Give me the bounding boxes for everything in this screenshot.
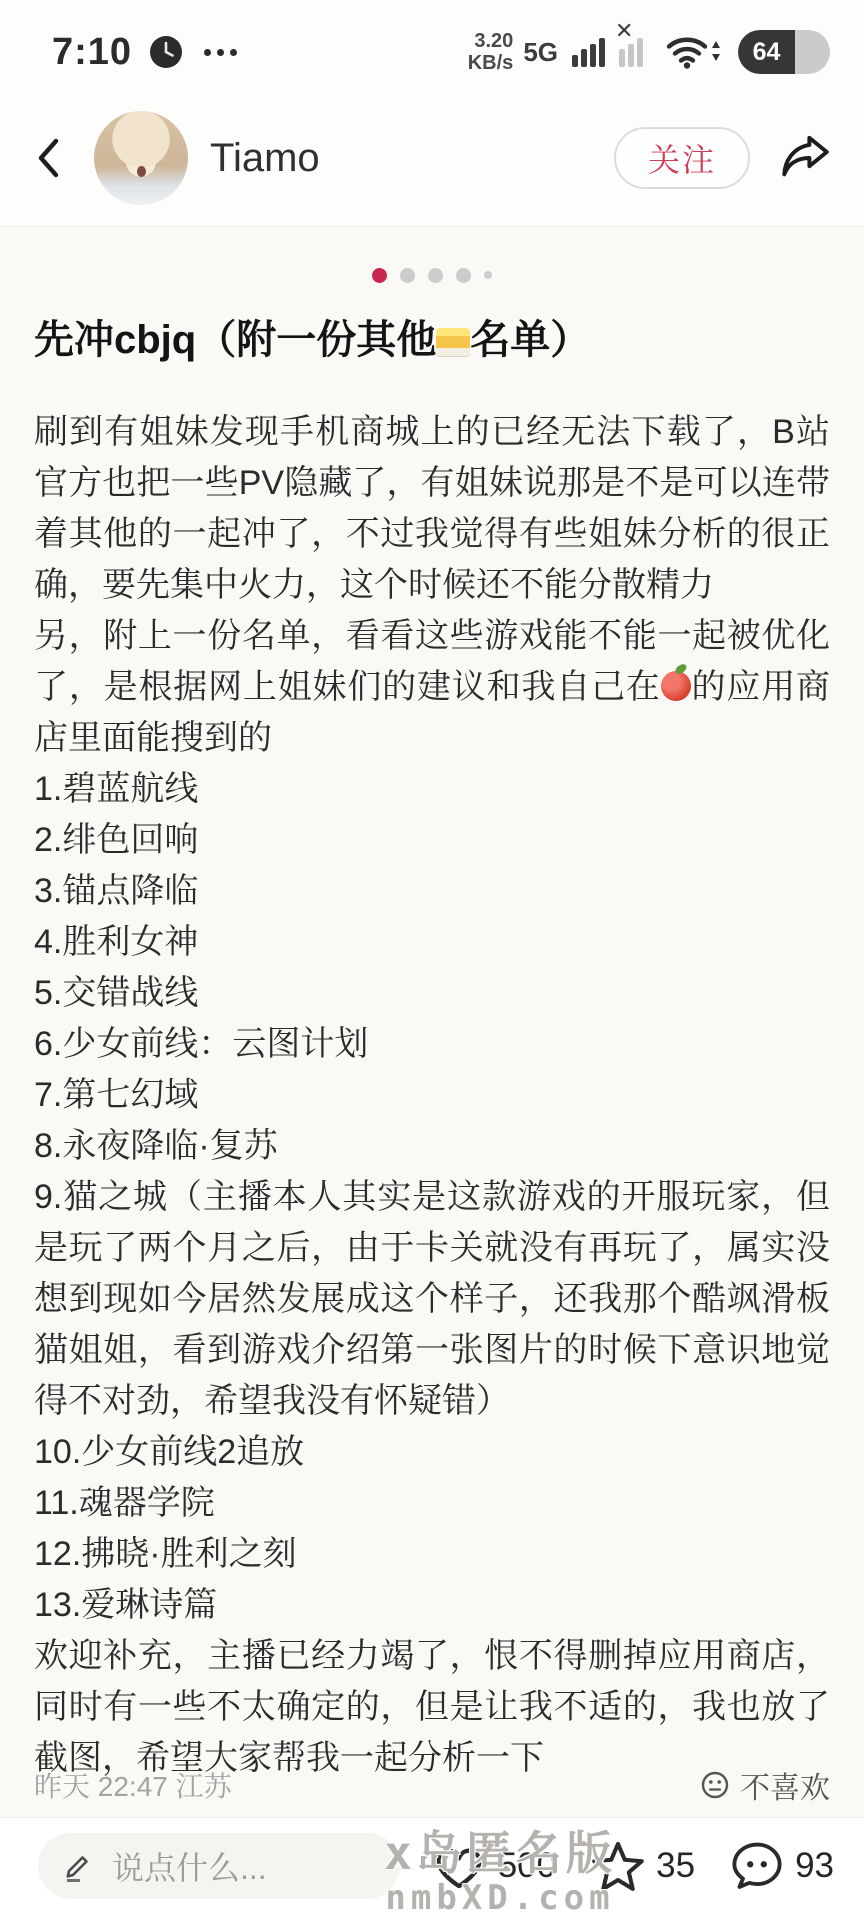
clock-app-icon [148,34,184,70]
post-paragraph: 刷到有姐妹发现手机商城上的已经无法下载了，B站官方也把一些PV隐藏了，有姐妹说那… [34,407,830,611]
comment-placeholder: 说点什么... [112,1843,267,1889]
post-closing: 欢迎补充，主播已经力竭了，恨不得删掉应用商店，同时有一些不太确定的，但是让我不适… [34,1631,830,1784]
post-list-item: 3.锚点降临 [34,866,830,917]
network-speed-unit: KB/s [468,52,514,74]
network-type-label: 5G [523,37,558,68]
post-header: Tiamo 关注 [0,90,864,227]
post-list-item: 9.猫之城（主播本人其实是这款游戏的开服玩家，但是玩了两个月之后，由于卡关就没有… [34,1172,830,1427]
post-list-item: 7.第七幻域 [34,1070,830,1121]
status-bar: 7:10 3.20 KB/s 5G ✕ [0,0,864,90]
post-paragraph: 另，附上一份名单，看看这些游戏能不能一起被优化了，是根据网上姐妹们的建议和我自己… [34,611,830,764]
pencil-icon [60,1848,96,1884]
share-button[interactable] [776,130,834,186]
post-list-item: 8.永夜降临·复苏 [34,1121,830,1172]
no-signal-x-icon: ✕ [615,20,633,42]
carousel-dot [428,268,443,283]
share-arrow-icon [778,134,832,182]
clock-time: 7:10 [52,31,132,74]
comment-count: 93 [795,1846,834,1886]
network-speed-value: 3.20 [468,30,514,52]
carousel-dot [372,268,387,283]
post-content: 先冲cbjq（附一份其他名单） 刷到有姐妹发现手机商城上的已经无法下载了，B站官… [0,227,864,1817]
comment-button[interactable]: 93 [729,1840,834,1892]
dislike-label: 不喜欢 [740,1763,830,1807]
heart-icon [430,1840,488,1892]
comment-input[interactable]: 说点什么... [38,1833,400,1899]
collect-button[interactable]: 35 [590,1840,695,1892]
carousel-dots [0,267,864,283]
neutral-face-icon [700,1770,730,1800]
post-meta-row: 昨天 22:47 江苏 不喜欢 [0,1763,864,1807]
avatar[interactable] [94,111,188,205]
back-chevron-icon [36,138,60,178]
dislike-button[interactable]: 不喜欢 [700,1763,830,1807]
follow-button[interactable]: 关注 [614,127,750,189]
like-count: 500 [498,1846,556,1886]
battery-percent: 64 [753,38,781,67]
notification-dots-icon [204,49,237,56]
post-list-item: 10.少女前线2追放 [34,1427,830,1478]
battery-indicator: 64 [738,30,830,74]
post-body: 刷到有姐妹发现手机商城上的已经无法下载了，B站官方也把一些PV隐藏了，有姐妹说那… [0,407,864,1784]
post-list-item: 6.少女前线：云图计划 [34,1019,830,1070]
post-list-item: 11.魂器学院 [34,1478,830,1529]
star-icon [590,1840,646,1892]
chat-bubble-icon [729,1840,785,1892]
username[interactable]: Tiamo [210,136,320,181]
post-list-item: 2.绯色回响 [34,815,830,866]
post-title-text: 名单） [470,318,590,362]
wifi-icon [666,35,724,69]
post-list-item: 13.爱琳诗篇 [34,1580,830,1631]
carousel-dot [400,268,415,283]
like-button[interactable]: 500 [430,1840,556,1892]
bottom-bar: 说点什么... 500 35 93 [0,1817,864,1920]
apple-emoji-icon [661,671,691,701]
signal-icon-primary [572,38,605,67]
carousel-dot [456,268,471,283]
post-list-item: 12.拂晓·胜利之刻 [34,1529,830,1580]
carousel-dot [484,271,492,279]
post-list-item: 5.交错战线 [34,968,830,1019]
network-speed: 3.20 KB/s [468,30,514,74]
collect-count: 35 [656,1846,695,1886]
app-screen: 7:10 3.20 KB/s 5G ✕ [0,0,864,1920]
signal-icon-secondary: ✕ [619,38,652,67]
post-timestamp: 昨天 22:47 江苏 [34,1765,232,1805]
post-title-text: 先冲cbjq（附一份其他 [34,318,436,362]
post-list-item: 4.胜利女神 [34,917,830,968]
post-title: 先冲cbjq（附一份其他名单） [0,313,864,367]
back-button[interactable] [36,130,76,186]
post-list-item: 1.碧蓝航线 [34,764,830,815]
butter-emoji-icon [436,328,470,356]
